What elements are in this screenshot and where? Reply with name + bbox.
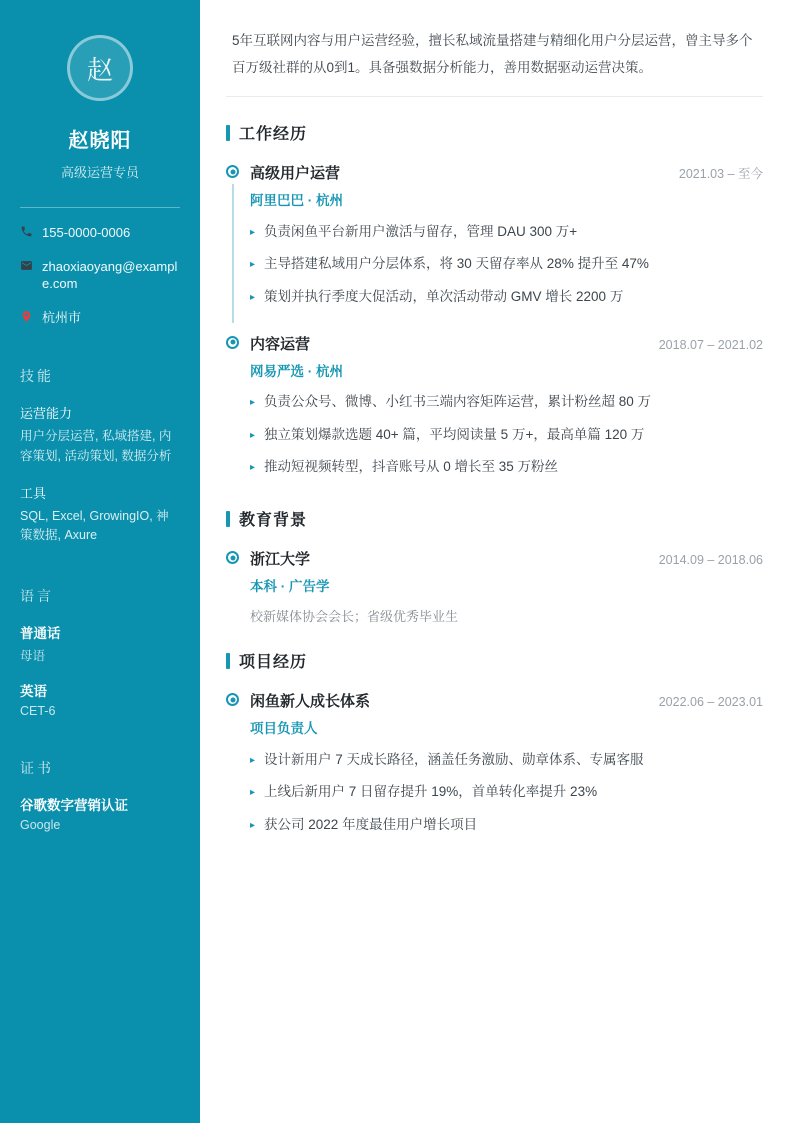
sidebar-divider <box>20 207 180 208</box>
section-heading-text: 教育背景 <box>239 507 307 530</box>
contact-text: zhaoxiaoyang@example.com <box>42 258 180 293</box>
bullet-item: ▸负责公众号、微博、小红书三端内容矩阵运营，累计粉丝超 80 万 <box>250 386 763 419</box>
phone-icon <box>20 225 33 238</box>
timeline-marker-icon <box>226 693 239 706</box>
bullet-text: 独立策划爆款选题 40+ 篇，平均阅读量 5 万+，最高单篇 120 万 <box>264 425 644 445</box>
entry-date: 2022.06 – 2023.01 <box>659 695 763 709</box>
skill-group-label: 工具 <box>20 483 180 502</box>
main-section: 项目经历闲鱼新人成长体系2022.06 – 2023.01项目负责人▸设计新用户… <box>226 649 763 841</box>
timeline-entry: 内容运营2018.07 – 2021.02网易严选 · 杭州▸负责公众号、微博、… <box>226 333 763 484</box>
bullet-arrow-icon: ▸ <box>250 754 255 769</box>
item-detail: Google <box>20 818 180 832</box>
entry-title: 内容运营 <box>250 333 310 354</box>
bullet-arrow-icon: ▸ <box>250 461 255 476</box>
bullet-arrow-icon: ▸ <box>250 786 255 801</box>
bullet-item: ▸主导搭建私域用户分层体系，将 30 天留存率从 28% 提升至 47% <box>250 248 763 281</box>
bullet-arrow-icon: ▸ <box>250 396 255 411</box>
item-name: 谷歌数字营销认证 <box>20 794 180 814</box>
entry-title: 浙江大学 <box>250 548 310 569</box>
item-name: 普通话 <box>20 622 180 642</box>
summary-text: 5年互联网内容与用户运营经验，擅长私域流量搭建与精细化用户分层运营，曾主导多个百… <box>232 27 763 81</box>
skill-group-label: 运营能力 <box>20 403 180 422</box>
item-detail: 母语 <box>20 646 180 664</box>
sidebar-section: 语言普通话母语英语CET-6 <box>20 586 180 718</box>
section-heading: 项目经历 <box>226 649 763 672</box>
bullet-text: 负责公众号、微博、小红书三端内容矩阵运营，累计粉丝超 80 万 <box>264 392 651 412</box>
item-detail: CET-6 <box>20 704 180 718</box>
email-icon <box>20 259 33 272</box>
bullet-arrow-icon: ▸ <box>250 429 255 444</box>
section-heading-bar-icon <box>226 125 230 141</box>
bullet-item: ▸获公司 2022 年度最佳用户增长项目 <box>250 809 763 842</box>
bullet-arrow-icon: ▸ <box>250 291 255 306</box>
skill-group-text: 用户分层运营, 私域搭建, 内容策划, 活动策划, 数据分析 <box>20 427 180 466</box>
bullet-text: 设计新用户 7 天成长路径，涵盖任务激励、勋章体系、专属客服 <box>264 750 644 770</box>
contact-row: 杭州市 <box>20 309 180 327</box>
entry-header: 高级用户运营2021.03 – 至今 <box>250 162 763 183</box>
skill-group: 工具SQL, Excel, GrowingIO, 神策数据, Axure <box>20 483 180 546</box>
bullet-text: 上线后新用户 7 日留存提升 19%，首单转化率提升 23% <box>264 782 597 802</box>
sidebar: 赵 赵晓阳 高级运营专员 155-0000-0006zhaoxiaoyang@e… <box>0 0 200 1123</box>
timeline-marker-icon <box>226 336 239 349</box>
entry-header: 内容运营2018.07 – 2021.02 <box>250 333 763 354</box>
bullet-arrow-icon: ▸ <box>250 258 255 273</box>
bullet-text: 负责闲鱼平台新用户激活与留存，管理 DAU 300 万+ <box>264 222 577 242</box>
timeline-entry: 闲鱼新人成长体系2022.06 – 2023.01项目负责人▸设计新用户 7 天… <box>226 690 763 841</box>
section-heading-bar-icon <box>226 511 230 527</box>
bullet-text: 获公司 2022 年度最佳用户增长项目 <box>264 815 477 835</box>
avatar-initial: 赵 <box>87 50 113 87</box>
entry-subtitle: 项目负责人 <box>250 717 763 737</box>
bullet-item: ▸独立策划爆款选题 40+ 篇，平均阅读量 5 万+，最高单篇 120 万 <box>250 418 763 451</box>
timeline-marker-icon <box>226 551 239 564</box>
contact-row: zhaoxiaoyang@example.com <box>20 258 180 293</box>
bullet-arrow-icon: ▸ <box>250 226 255 241</box>
entry-note: 校新媒体协会会长；省级优秀毕业生 <box>250 606 763 625</box>
contact-row: 155-0000-0006 <box>20 224 180 242</box>
person-name: 赵晓阳 <box>20 124 180 153</box>
entry-title: 高级用户运营 <box>250 162 340 183</box>
bullet-list: ▸负责闲鱼平台新用户激活与留存，管理 DAU 300 万+▸主导搭建私域用户分层… <box>250 215 763 313</box>
item-name: 英语 <box>20 680 180 700</box>
sidebar-section-heading: 技能 <box>20 366 180 386</box>
resume-page: 赵 赵晓阳 高级运营专员 155-0000-0006zhaoxiaoyang@e… <box>0 0 794 1123</box>
entry-subtitle: 网易严选 · 杭州 <box>250 360 763 380</box>
bullet-item: ▸上线后新用户 7 日留存提升 19%，首单转化率提升 23% <box>250 776 763 809</box>
section-heading: 工作经历 <box>226 121 763 144</box>
timeline-marker-icon <box>226 165 239 178</box>
entry-date: 2021.03 – 至今 <box>679 164 763 182</box>
bullet-text: 推动短视频转型，抖音账号从 0 增长至 35 万粉丝 <box>264 457 558 477</box>
section-heading-text: 工作经历 <box>239 121 307 144</box>
section-heading-text: 项目经历 <box>239 649 307 672</box>
bullet-item: ▸设计新用户 7 天成长路径，涵盖任务激励、勋章体系、专属客服 <box>250 743 763 776</box>
bullet-arrow-icon: ▸ <box>250 819 255 834</box>
bullet-list: ▸负责公众号、微博、小红书三端内容矩阵运营，累计粉丝超 80 万▸独立策划爆款选… <box>250 386 763 484</box>
entry-date: 2018.07 – 2021.02 <box>659 338 763 352</box>
timeline-entry: 浙江大学2014.09 – 2018.06本科 · 广告学校新媒体协会会长；省级… <box>226 548 763 625</box>
entry-subtitle: 本科 · 广告学 <box>250 575 763 595</box>
entry-title: 闲鱼新人成长体系 <box>250 690 370 711</box>
section-heading-bar-icon <box>226 653 230 669</box>
contact-text: 155-0000-0006 <box>42 224 130 242</box>
sidebar-list-item: 普通话母语 <box>20 622 180 664</box>
entry-header: 闲鱼新人成长体系2022.06 – 2023.01 <box>250 690 763 711</box>
location-icon <box>20 310 33 323</box>
person-job-title: 高级运营专员 <box>20 162 180 181</box>
entry-subtitle: 阿里巴巴 · 杭州 <box>250 189 763 209</box>
entry-date: 2014.09 – 2018.06 <box>659 553 763 567</box>
skill-group-text: SQL, Excel, GrowingIO, 神策数据, Axure <box>20 507 180 546</box>
main-content: 5年互联网内容与用户运营经验，擅长私域流量搭建与精细化用户分层运营，曾主导多个百… <box>200 0 794 1123</box>
sidebar-section: 证书谷歌数字营销认证Google <box>20 758 180 832</box>
skill-group: 运营能力用户分层运营, 私域搭建, 内容策划, 活动策划, 数据分析 <box>20 403 180 466</box>
main-section: 工作经历高级用户运营2021.03 – 至今阿里巴巴 · 杭州▸负责闲鱼平台新用… <box>226 121 763 483</box>
section-heading: 教育背景 <box>226 507 763 530</box>
summary-divider <box>226 96 763 97</box>
bullet-text: 策划并执行季度大促活动，单次活动带动 GMV 增长 2200 万 <box>264 287 623 307</box>
sidebar-section: 技能运营能力用户分层运营, 私域搭建, 内容策划, 活动策划, 数据分析工具SQ… <box>20 366 180 546</box>
avatar: 赵 <box>67 35 133 101</box>
entry-header: 浙江大学2014.09 – 2018.06 <box>250 548 763 569</box>
sidebar-section-heading: 证书 <box>20 758 180 778</box>
bullet-item: ▸策划并执行季度大促活动，单次活动带动 GMV 增长 2200 万 <box>250 280 763 313</box>
bullet-item: ▸推动短视频转型，抖音账号从 0 增长至 35 万粉丝 <box>250 451 763 484</box>
bullet-item: ▸负责闲鱼平台新用户激活与留存，管理 DAU 300 万+ <box>250 215 763 248</box>
sidebar-section-heading: 语言 <box>20 586 180 606</box>
sidebar-sections: 技能运营能力用户分层运营, 私域搭建, 内容策划, 活动策划, 数据分析工具SQ… <box>20 366 180 832</box>
timeline-entry: 高级用户运营2021.03 – 至今阿里巴巴 · 杭州▸负责闲鱼平台新用户激活与… <box>226 162 763 313</box>
sidebar-list-item: 英语CET-6 <box>20 680 180 718</box>
contact-list: 155-0000-0006zhaoxiaoyang@example.com杭州市 <box>20 224 180 326</box>
bullet-list: ▸设计新用户 7 天成长路径，涵盖任务激励、勋章体系、专属客服▸上线后新用户 7… <box>250 743 763 841</box>
contact-text: 杭州市 <box>42 309 81 327</box>
sidebar-list-item: 谷歌数字营销认证Google <box>20 794 180 832</box>
main-section: 教育背景浙江大学2014.09 – 2018.06本科 · 广告学校新媒体协会会… <box>226 507 763 625</box>
main-sections: 工作经历高级用户运营2021.03 – 至今阿里巴巴 · 杭州▸负责闲鱼平台新用… <box>226 121 763 841</box>
bullet-text: 主导搭建私域用户分层体系，将 30 天留存率从 28% 提升至 47% <box>264 254 649 274</box>
